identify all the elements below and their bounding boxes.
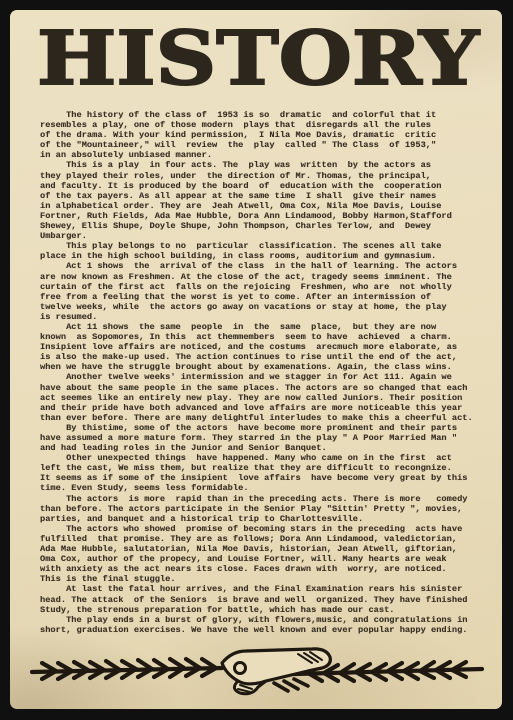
text-line: with anxiety as the act nears its close.… — [40, 564, 490, 574]
text-line: than ever before. There are many delight… — [40, 413, 490, 423]
text-line: The play ends in a burst of glory, with … — [40, 615, 490, 625]
text-line: of the tax payers. As all appear at the … — [40, 191, 490, 201]
paragraph: The actors who showed promise of becomin… — [40, 524, 490, 585]
center-scroll — [222, 649, 330, 694]
paragraph: The history of the class of 1953 is so d… — [40, 110, 490, 160]
text-line: is resumed. — [40, 312, 490, 322]
text-line: Act 11 shows the same people in the same… — [40, 322, 490, 332]
text-line: This is the final stuggle. — [40, 574, 490, 584]
text-line: The actors who showed promise of becomin… — [40, 524, 490, 534]
text-line: twelve weeks, while the actors go away o… — [40, 302, 490, 312]
text-line: head. The attack of the Seniors is brave… — [40, 595, 490, 605]
text-line: and faculty. It is produced by the board… — [40, 181, 490, 191]
paragraph: Act 11 shows the same people in the same… — [40, 322, 490, 372]
title-art: HISTORY — [10, 18, 502, 110]
text-line: Ada Mae Hubble, salutatorian, Nila Moe D… — [40, 544, 490, 554]
text-line: is also the make-up used. The action con… — [40, 352, 490, 362]
text-line: This is a play in four acts. The play wa… — [40, 160, 490, 170]
paragraph: Act 1 shows the arrival of the class in … — [40, 261, 490, 322]
laurel-scroll-ornament — [26, 641, 486, 703]
text-line: At last the fatal hour arrives, and the … — [40, 584, 490, 594]
paragraph: Other unexpected things have happened. M… — [40, 453, 490, 493]
paragraph: Another twelve weeks' intermission and w… — [40, 372, 490, 422]
text-line: and their pride have both advanced and l… — [40, 403, 490, 413]
text-line: This play belongs to no particular class… — [40, 241, 490, 251]
text-line: are now known as Freshmen. At the close … — [40, 272, 490, 282]
document-body: The history of the class of 1953 is so d… — [10, 110, 502, 635]
text-line: free from a feeling that the worst is ye… — [40, 292, 490, 302]
text-line: curtain of the first act falls on the re… — [40, 282, 490, 292]
text-line: when we have the struggle brought about … — [40, 362, 490, 372]
paragraph: By thistime, some of the actors have bec… — [40, 423, 490, 453]
page-title-block: HISTORY — [10, 18, 502, 108]
paragraph: This play belongs to no particular class… — [40, 241, 490, 261]
text-line: short, graduation exercises. We have the… — [40, 625, 490, 635]
paragraph: At last the fatal hour arrives, and the … — [40, 584, 490, 634]
text-line: Shewey, Ellis Shupe, Doyle Shupe, John T… — [40, 221, 490, 231]
text-line: Another twelve weeks' intermission and w… — [40, 372, 490, 382]
scan-border-frame: HISTORY The history of the class of 1953… — [0, 0, 513, 720]
text-line: The actors is more rapid than in the pre… — [40, 494, 490, 504]
text-line: left the cast, We miss them, but realize… — [40, 463, 490, 473]
text-line: time. Even Study, seems less formidable. — [40, 483, 490, 493]
paragraph: The actors is more rapid than in the pre… — [40, 494, 490, 524]
text-line: act seemes like an entirely new play. Th… — [40, 393, 490, 403]
text-line: Insipient love affairs are noticed, and … — [40, 342, 490, 352]
text-line: in alphabetical order. They are Jeah Atw… — [40, 201, 490, 211]
text-line: of the drama. With your kind permission,… — [40, 130, 490, 140]
yearbook-page: HISTORY The history of the class of 1953… — [10, 10, 502, 709]
laurel-branch-left — [32, 659, 222, 679]
text-line: resembles a play, one of those modern pl… — [40, 120, 490, 130]
footer-ornament-block — [10, 641, 502, 708]
text-line: Fortner, Ruth Fields, Ada Mae Hubble, Do… — [40, 211, 490, 221]
text-line: they played their roles, under the direc… — [40, 171, 490, 181]
text-line: Study, the strenous preparation for batt… — [40, 605, 490, 615]
text-line: Other unexpected things have happened. M… — [40, 453, 490, 463]
text-line: of the "Mountaineer," will review the pl… — [40, 140, 490, 150]
text-line: known as Sopomores, In this act themmemb… — [40, 332, 490, 342]
text-line: It seems as if some of the insipient lov… — [40, 473, 490, 483]
text-line: have about the same people in the same p… — [40, 383, 490, 393]
text-line: Oma Cox, author of the propecy, and Loui… — [40, 554, 490, 564]
page-title: HISTORY — [37, 18, 480, 102]
text-line: fulfilled that promise. They are as foll… — [40, 534, 490, 544]
text-line: parties, and banquet and a historical tr… — [40, 514, 490, 524]
text-line: than before. The actors participate in t… — [40, 504, 490, 514]
text-line: Umbarger. — [40, 231, 490, 241]
text-line: place in the high school building, in cl… — [40, 251, 490, 261]
text-line: have assumed a more mature form. They st… — [40, 433, 490, 443]
text-line: in an absolutely unbiased manner. — [40, 150, 490, 160]
paragraph: This is a play in four acts. The play wa… — [40, 160, 490, 241]
text-line: and had leading roles in the Junior and … — [40, 443, 490, 453]
text-line: The history of the class of 1953 is so d… — [40, 110, 490, 120]
text-line: Act 1 shows the arrival of the class in … — [40, 261, 490, 271]
text-line: By thistime, some of the actors have bec… — [40, 423, 490, 433]
